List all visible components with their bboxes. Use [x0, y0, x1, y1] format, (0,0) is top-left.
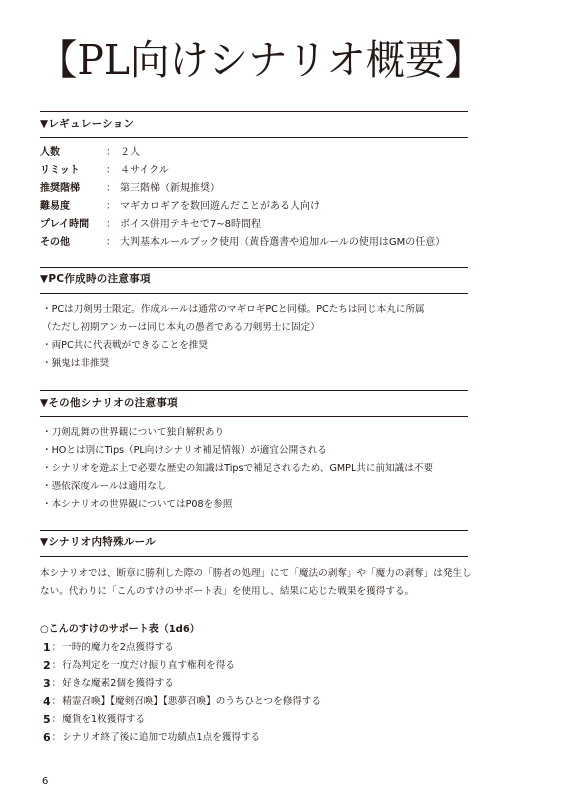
section-heading-other-notes: ▼その他シナリオの注意事項 — [40, 396, 178, 410]
support-separator: ： — [52, 695, 62, 709]
regulation-value: マギカロギアを数回遊んだことがある人向け — [120, 200, 320, 214]
divider — [40, 111, 468, 112]
support-roll-number: 1 — [43, 641, 51, 655]
support-table-row: 2 ： 行為判定を一度だけ振り直す権利を得る — [43, 659, 235, 673]
support-result: 精霊召喚】【魔剣召喚】【悪夢召喚】のうちひとつを修得する — [62, 695, 321, 709]
regulation-value: ２人 — [120, 146, 140, 160]
support-separator: ： — [52, 731, 62, 745]
regulation-row-difficulty: 難易度 ： マギカロギアを数回遊んだことがある人向け — [40, 200, 320, 214]
support-result: 行為判定を一度だけ振り直す権利を得る — [62, 659, 235, 673]
regulation-colon: ： — [106, 164, 120, 178]
list-item: ・両PC共に代表戦ができることを推奨 — [42, 339, 208, 353]
section-heading-regulation: ▼レギュレーション — [40, 117, 134, 131]
divider — [40, 267, 468, 268]
regulation-label: 推奨階梯 — [40, 182, 106, 196]
list-item: ・本シナリオの世界観についてはP08を参照 — [42, 498, 232, 512]
support-table-row: 1 ： 一時的魔力を2点獲得する — [43, 641, 174, 655]
support-table-row: 6 ： シナリオ終了後に追加で功績点1点を獲得する — [43, 731, 260, 745]
list-item: ・猟鬼は非推奨 — [42, 357, 109, 371]
regulation-colon: ： — [106, 182, 120, 196]
divider — [40, 556, 468, 557]
divider — [40, 390, 468, 391]
regulation-label: 難易度 — [40, 200, 106, 214]
regulation-row-playtime: プレイ時間 ： ボイス併用テキセで7~8時間程 — [40, 218, 261, 232]
paragraph-line: ない。代わりに「こんのすけのサポート表」を使用し、結果に応じた戦果を獲得する。 — [40, 585, 414, 599]
section-heading-pc-creation: ▼PC作成時の注意事項 — [40, 272, 151, 286]
divider — [40, 530, 468, 531]
divider — [40, 416, 468, 417]
support-table-row: 3 ： 好きな魔素2個を獲得する — [43, 677, 174, 691]
list-item: ・HOとは別にTips（PL向けシナリオ補足情報）が適宜公開される — [42, 444, 327, 458]
support-roll-number: 6 — [43, 731, 51, 745]
support-table-title: ○こんのすけのサポート表（1d6） — [40, 623, 200, 637]
regulation-row-limit: リミット ： ４サイクル — [40, 164, 169, 178]
support-separator: ： — [52, 713, 62, 727]
support-separator: ： — [52, 677, 62, 691]
support-roll-number: 4 — [43, 695, 51, 709]
list-item: （ただし初期アンカーは同じ本丸の愚者である刀剣男士に固定） — [42, 321, 320, 335]
list-item: ・PCは刀剣男士限定。作成ルールは通常のマギロギPCと同様。PCたちは同じ本丸に… — [42, 303, 425, 317]
support-table-row: 4 ： 精霊召喚】【魔剣召喚】【悪夢召喚】のうちひとつを修得する — [43, 695, 321, 709]
list-item: ・刀剣乱舞の世界観について独自解釈あり — [42, 426, 224, 440]
list-item: ・憑依深度ルールは適用なし — [42, 480, 167, 494]
regulation-label: プレイ時間 — [40, 218, 106, 232]
regulation-value: 第三階梯（新規推奨） — [120, 182, 220, 196]
regulation-colon: ： — [106, 236, 120, 250]
support-roll-number: 3 — [43, 677, 51, 691]
regulation-label: リミット — [40, 164, 106, 178]
regulation-value: ボイス併用テキセで7~8時間程 — [120, 218, 261, 232]
page-title: 【PL向けシナリオ概要】 — [38, 30, 484, 90]
paragraph-line: 本シナリオでは、断章に勝利した際の「勝者の処理」にて「魔法の剥奪」や「魔力の剥奪… — [40, 567, 472, 581]
regulation-colon: ： — [106, 200, 120, 214]
support-separator: ： — [52, 641, 62, 655]
regulation-label: その他 — [40, 236, 106, 250]
support-result: 好きな魔素2個を獲得する — [62, 677, 174, 691]
regulation-colon: ： — [106, 218, 120, 232]
page-number: 6 — [42, 776, 48, 788]
regulation-row-other: その他 ： 大判基本ルールブック使用（黄昏選書や追加ルールの使用はGMの任意） — [40, 236, 445, 250]
regulation-colon: ： — [106, 146, 120, 160]
divider — [40, 137, 468, 138]
regulation-row-players: 人数 ： ２人 — [40, 146, 140, 160]
regulation-value: ４サイクル — [120, 164, 169, 178]
regulation-value: 大判基本ルールブック使用（黄昏選書や追加ルールの使用はGMの任意） — [120, 236, 445, 250]
regulation-row-rank: 推奨階梯 ： 第三階梯（新規推奨） — [40, 182, 220, 196]
support-roll-number: 5 — [43, 713, 51, 727]
list-item: ・シナリオを遊ぶ上で必要な歴史の知識はTipsで補足されるため、GMPL共に前知… — [42, 462, 433, 476]
regulation-label: 人数 — [40, 146, 106, 160]
support-result: 一時的魔力を2点獲得する — [62, 641, 174, 655]
support-result: シナリオ終了後に追加で功績点1点を獲得する — [62, 731, 260, 745]
support-separator: ： — [52, 659, 62, 673]
divider — [40, 293, 468, 294]
support-table-row: 5 ： 魔貨を1枚獲得する — [43, 713, 145, 727]
support-result: 魔貨を1枚獲得する — [62, 713, 145, 727]
section-heading-special-rules: ▼シナリオ内特殊ルール — [40, 535, 156, 549]
support-roll-number: 2 — [43, 659, 51, 673]
